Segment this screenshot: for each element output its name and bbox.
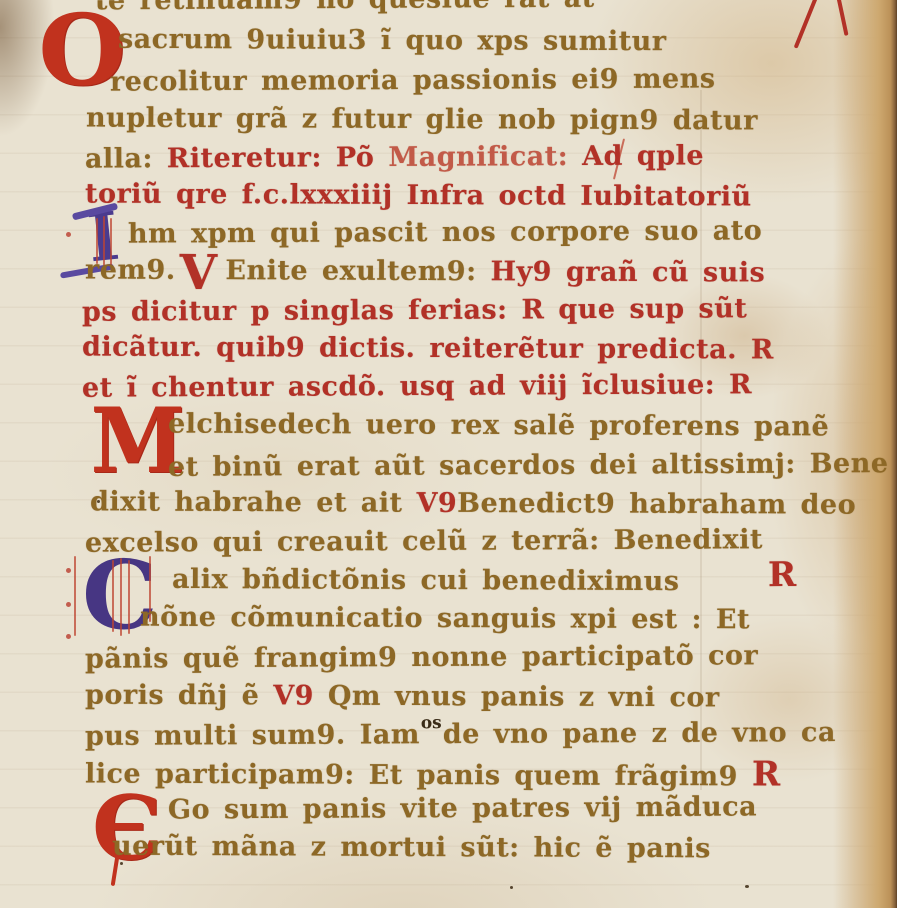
- text-line: toriũ qre f.c.lxxxiiij Infra octd Iubita…: [85, 178, 752, 215]
- red-pen-flourish: [794, 0, 819, 49]
- rubric-line: et ĩ chentur ascdõ. usq ad viij ĩclusiue…: [82, 368, 752, 406]
- text-segment: sacrum 9uiuiu3 ĩ quo xps sumitur: [118, 24, 667, 57]
- penwork-red-hatch: [128, 560, 130, 634]
- ink-speck: [745, 885, 749, 888]
- text-segment: toriũ qre f.c.lxxxiiij: [85, 179, 407, 211]
- penwork-red-dot: [66, 634, 71, 639]
- text-line: nõne cõmunicatio sanguis xpi est : Et: [140, 601, 750, 638]
- text-segment: pãnis quẽ frangim9 nonne participatõ cor: [85, 640, 758, 675]
- text-segment: alla:: [85, 143, 167, 174]
- penwork-red-dot: [66, 232, 71, 237]
- text-segment: Iubitatoriũ: [580, 181, 752, 213]
- penwork-red-hatch: [112, 560, 114, 632]
- text-segment: et binũ erat aũt sacerdos dei altissimj:…: [168, 448, 889, 483]
- text-line: rem9.VEnite exultem9: Hy9 grañ cũ suis: [85, 254, 765, 291]
- text-segment: excelso qui creauit celũ z terrã: Benedi…: [85, 524, 763, 559]
- text-segment: V9: [403, 488, 458, 519]
- penwork-red-dot: [66, 568, 71, 573]
- text-segment: Benedict9 habraham deo: [457, 488, 856, 521]
- text-line: elchisedech uero rex salẽ proferens panẽ: [168, 408, 829, 445]
- penwork-red-hatch: [120, 558, 122, 636]
- text-segment: Hy9 grañ cũ suis: [490, 256, 765, 288]
- text-line: recolitur memoria passionis ei9 mens: [110, 62, 716, 99]
- text-line: lice participam9: Et panis quem frãgim9 …: [85, 754, 781, 794]
- text-segment: hm xpm qui pascit nos corpore suo ato: [128, 215, 762, 249]
- text-segment: poris dñj ẽ: [85, 680, 273, 712]
- text-segment: Infra octd: [406, 180, 580, 212]
- text-segment: alix bñdictõnis cui benediximus: [172, 564, 680, 597]
- text-line: uerũt mãna z mortui sũt: hic ẽ panis: [112, 830, 711, 867]
- text-line: sacrum 9uiuiu3 ĩ quo xps sumitur: [118, 23, 667, 59]
- text-segment: recolitur memoria passionis ei9 mens: [110, 63, 716, 97]
- text-line: poris dñj ẽ V9 Qm vnus panis z vni cor: [85, 679, 720, 716]
- text-segment: Et panis quem frãgim9: [369, 760, 752, 793]
- text-line: et binũ erat aũt sacerdos dei altissimj:…: [168, 447, 889, 485]
- text-segment: V9: [273, 680, 328, 711]
- text-segment: et ĩ chentur ascdõ. usq ad viij ĩclusiue…: [82, 369, 752, 404]
- text-line: dixit habrahe et ait V9Benedict9 habraha…: [90, 485, 856, 522]
- text-segment: dicãtur. quib9 dictis. reiterẽtur predic…: [82, 331, 774, 365]
- text-line: alla: Riteretur: Põ Magnificat: Ad qple: [85, 139, 704, 176]
- rubric-line: dicãtur. quib9 dictis. reiterẽtur predic…: [82, 330, 774, 367]
- text-line-cutoff: te retinuam9 nõ quesiuẽ rãt ãt: [95, 0, 595, 18]
- text-segment: de vno pane z de vno ca: [443, 717, 836, 750]
- text-segment: R: [752, 754, 781, 794]
- text-segment: Enite exultem9:: [225, 255, 490, 287]
- text-segment: Ad qple: [582, 140, 704, 172]
- responsory-mark: R: [768, 558, 797, 595]
- text-line: Go sum panis vite patres vij mãduca: [168, 790, 757, 827]
- penwork-red-dot: [66, 602, 71, 607]
- text-segment: dixit habrahe et ait: [90, 486, 403, 518]
- text-segment: nõne cõmunicatio sanguis xpi est : Et: [140, 602, 750, 636]
- text-segment: te retinuam9 nõ quesiuẽ rãt ãt: [95, 0, 595, 16]
- text-segment: uerũt mãna z mortui sũt: hic ẽ panis: [112, 831, 711, 865]
- text-segment: Qm vnus panis z vni cor: [328, 681, 720, 714]
- text-segment: Riteretur: Põ: [167, 142, 389, 174]
- text-segment: rem9.: [85, 255, 176, 286]
- text-segment: ps dicitur p singlas ferias: R que sup s…: [82, 293, 747, 327]
- text-segment: elchisedech uero rex salẽ proferens panẽ: [168, 409, 829, 443]
- text-line: alix bñdictõnis cui benediximus: [172, 563, 680, 599]
- text-segment: R: [768, 555, 797, 595]
- text-line: hm xpm qui pascit nos corpore suo ato: [128, 214, 762, 251]
- ink-speck: [510, 886, 513, 889]
- text-segment: Magnificat:: [388, 141, 582, 173]
- text-segment: os: [421, 713, 442, 733]
- text-segment: lice participam9:: [85, 758, 369, 790]
- text-line: pus multi sum9. Iamosde vno pane z de vn…: [85, 716, 836, 757]
- text-line: pãnis quẽ frangim9 nonne participatõ cor: [85, 639, 758, 677]
- text-line: nupletur grã z futur glie nob pign9 datu…: [86, 102, 758, 139]
- text-segment: nupletur grã z futur glie nob pign9 datu…: [86, 103, 758, 137]
- text-segment: pus multi sum9. Iam: [85, 719, 420, 752]
- text-segment: Go sum panis vite patres vij mãduca: [168, 791, 757, 825]
- manuscript-page: O I M C Є te retinuam9 nõ quesiuẽ rãt ãt…: [0, 0, 897, 908]
- text-line: excelso qui creauit celũ z terrã: Benedi…: [85, 523, 763, 561]
- rubric-line: ps dicitur p singlas ferias: R que sup s…: [82, 292, 747, 329]
- penwork-red-hatch: [74, 556, 76, 636]
